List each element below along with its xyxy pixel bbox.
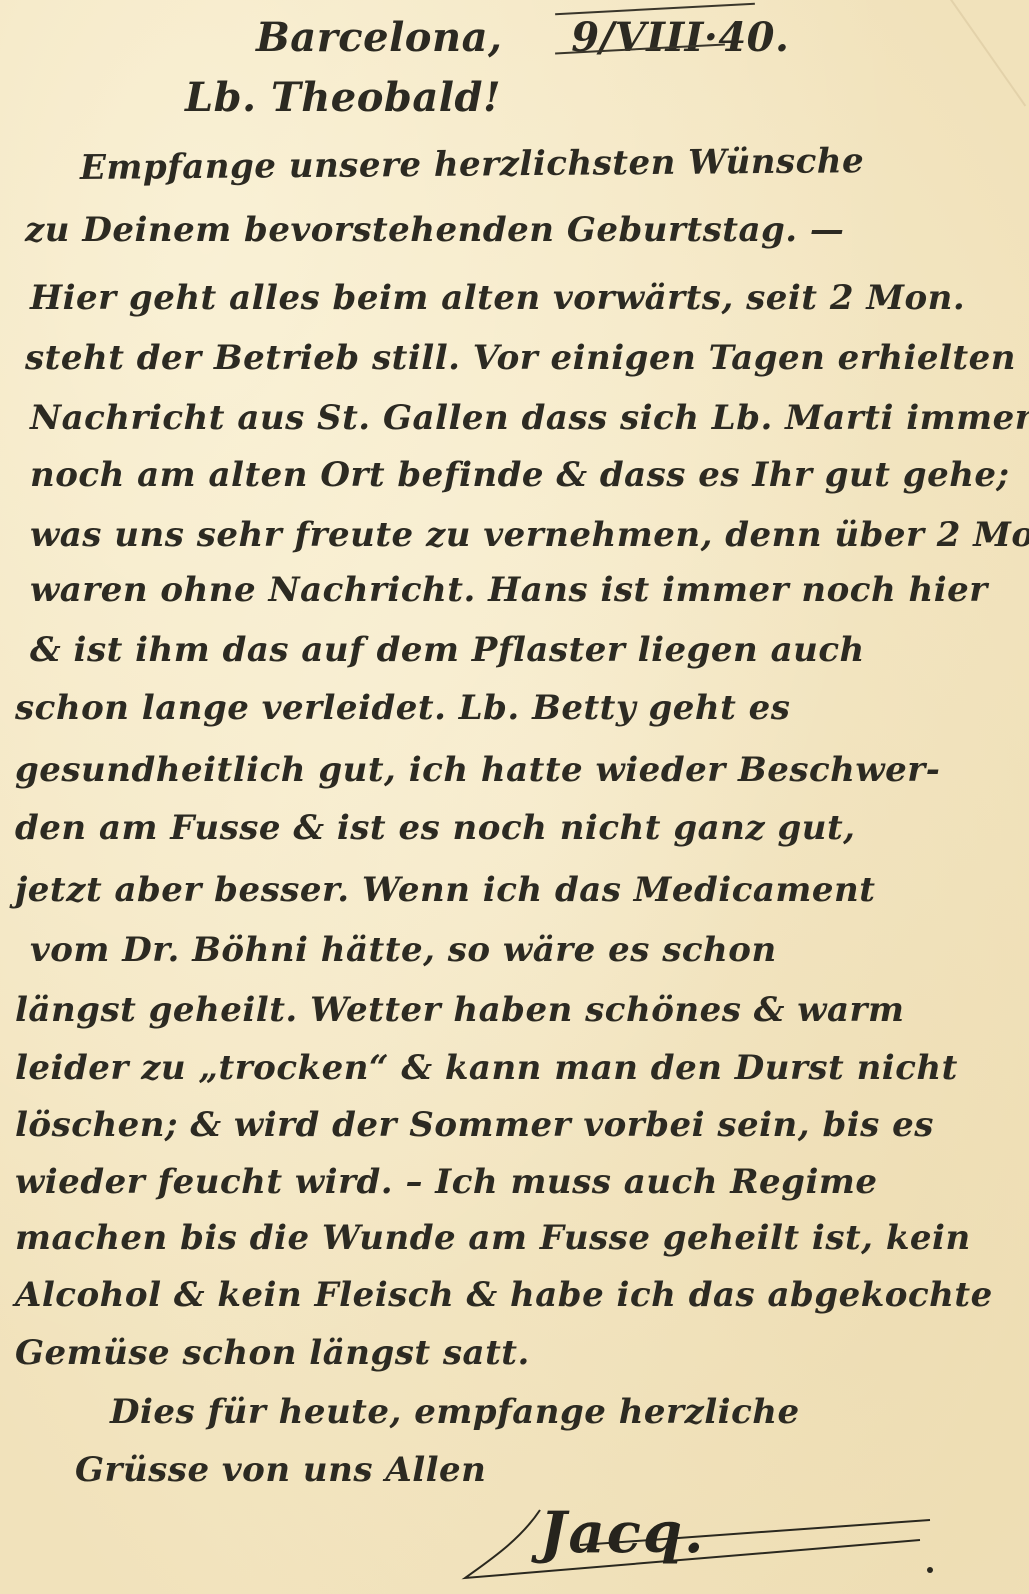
body-line: machen bis die Wunde am Fusse geheilt is… bbox=[15, 1218, 971, 1258]
body-line: den am Fusse & ist es noch nicht ganz gu… bbox=[15, 808, 856, 848]
body-line: längst geheilt. Wetter haben schönes & w… bbox=[15, 990, 904, 1030]
body-line: Nachricht aus St. Gallen dass sich Lb. M… bbox=[30, 398, 1029, 438]
signature-block: Jacq. bbox=[460, 1500, 940, 1590]
body-line: & ist ihm das auf dem Pflaster liegen au… bbox=[30, 630, 865, 670]
body-line: Empfange unsere herzlichsten Wünsche bbox=[80, 141, 865, 188]
letter-place: Barcelona, bbox=[256, 14, 502, 61]
body-line: was uns sehr freute zu vernehmen, denn ü… bbox=[30, 515, 1029, 555]
body-line: schon lange verleidet. Lb. Betty geht es bbox=[15, 688, 790, 728]
handwritten-letter: Barcelona, 9/VIII·40. Lb. Theobald! Empf… bbox=[0, 0, 1029, 1594]
body-line: steht der Betrieb still. Vor einigen Tag… bbox=[25, 338, 1016, 378]
body-line: Hier geht alles beim alten vorwärts, sei… bbox=[30, 278, 965, 318]
closing-line: Dies für heute, empfange herzliche bbox=[110, 1392, 800, 1432]
signature: Jacq. bbox=[540, 1500, 706, 1566]
body-line: löschen; & wird der Sommer vorbei sein, … bbox=[15, 1105, 934, 1145]
body-line: gesundheitlich gut, ich hatte wieder Bes… bbox=[15, 750, 940, 790]
letter-heading: Barcelona, 9/VIII·40. bbox=[256, 18, 789, 58]
body-line: noch am alten Ort befinde & dass es Ihr … bbox=[30, 455, 1010, 495]
letter-salutation: Lb. Theobald! bbox=[185, 78, 501, 118]
body-line: zu Deinem bevorstehenden Geburtstag. — bbox=[25, 210, 844, 250]
body-line: vom Dr. Böhni hätte, so wäre es schon bbox=[30, 930, 777, 970]
letter-date: 9/VIII·40. bbox=[571, 14, 789, 61]
body-line: jetzt aber besser. Wenn ich das Medicame… bbox=[15, 870, 875, 910]
body-line: waren ohne Nachricht. Hans ist immer noc… bbox=[30, 570, 988, 610]
body-line: wieder feucht wird. – Ich muss auch Regi… bbox=[15, 1162, 877, 1202]
paper-crease bbox=[950, 0, 1026, 106]
body-line: Alcohol & kein Fleisch & habe ich das ab… bbox=[15, 1275, 993, 1315]
body-line: Gemüse schon längst satt. bbox=[15, 1333, 530, 1373]
closing-line: Grüsse von uns Allen bbox=[75, 1450, 486, 1490]
body-line: leider zu „trocken“ & kann man den Durst… bbox=[15, 1048, 958, 1088]
